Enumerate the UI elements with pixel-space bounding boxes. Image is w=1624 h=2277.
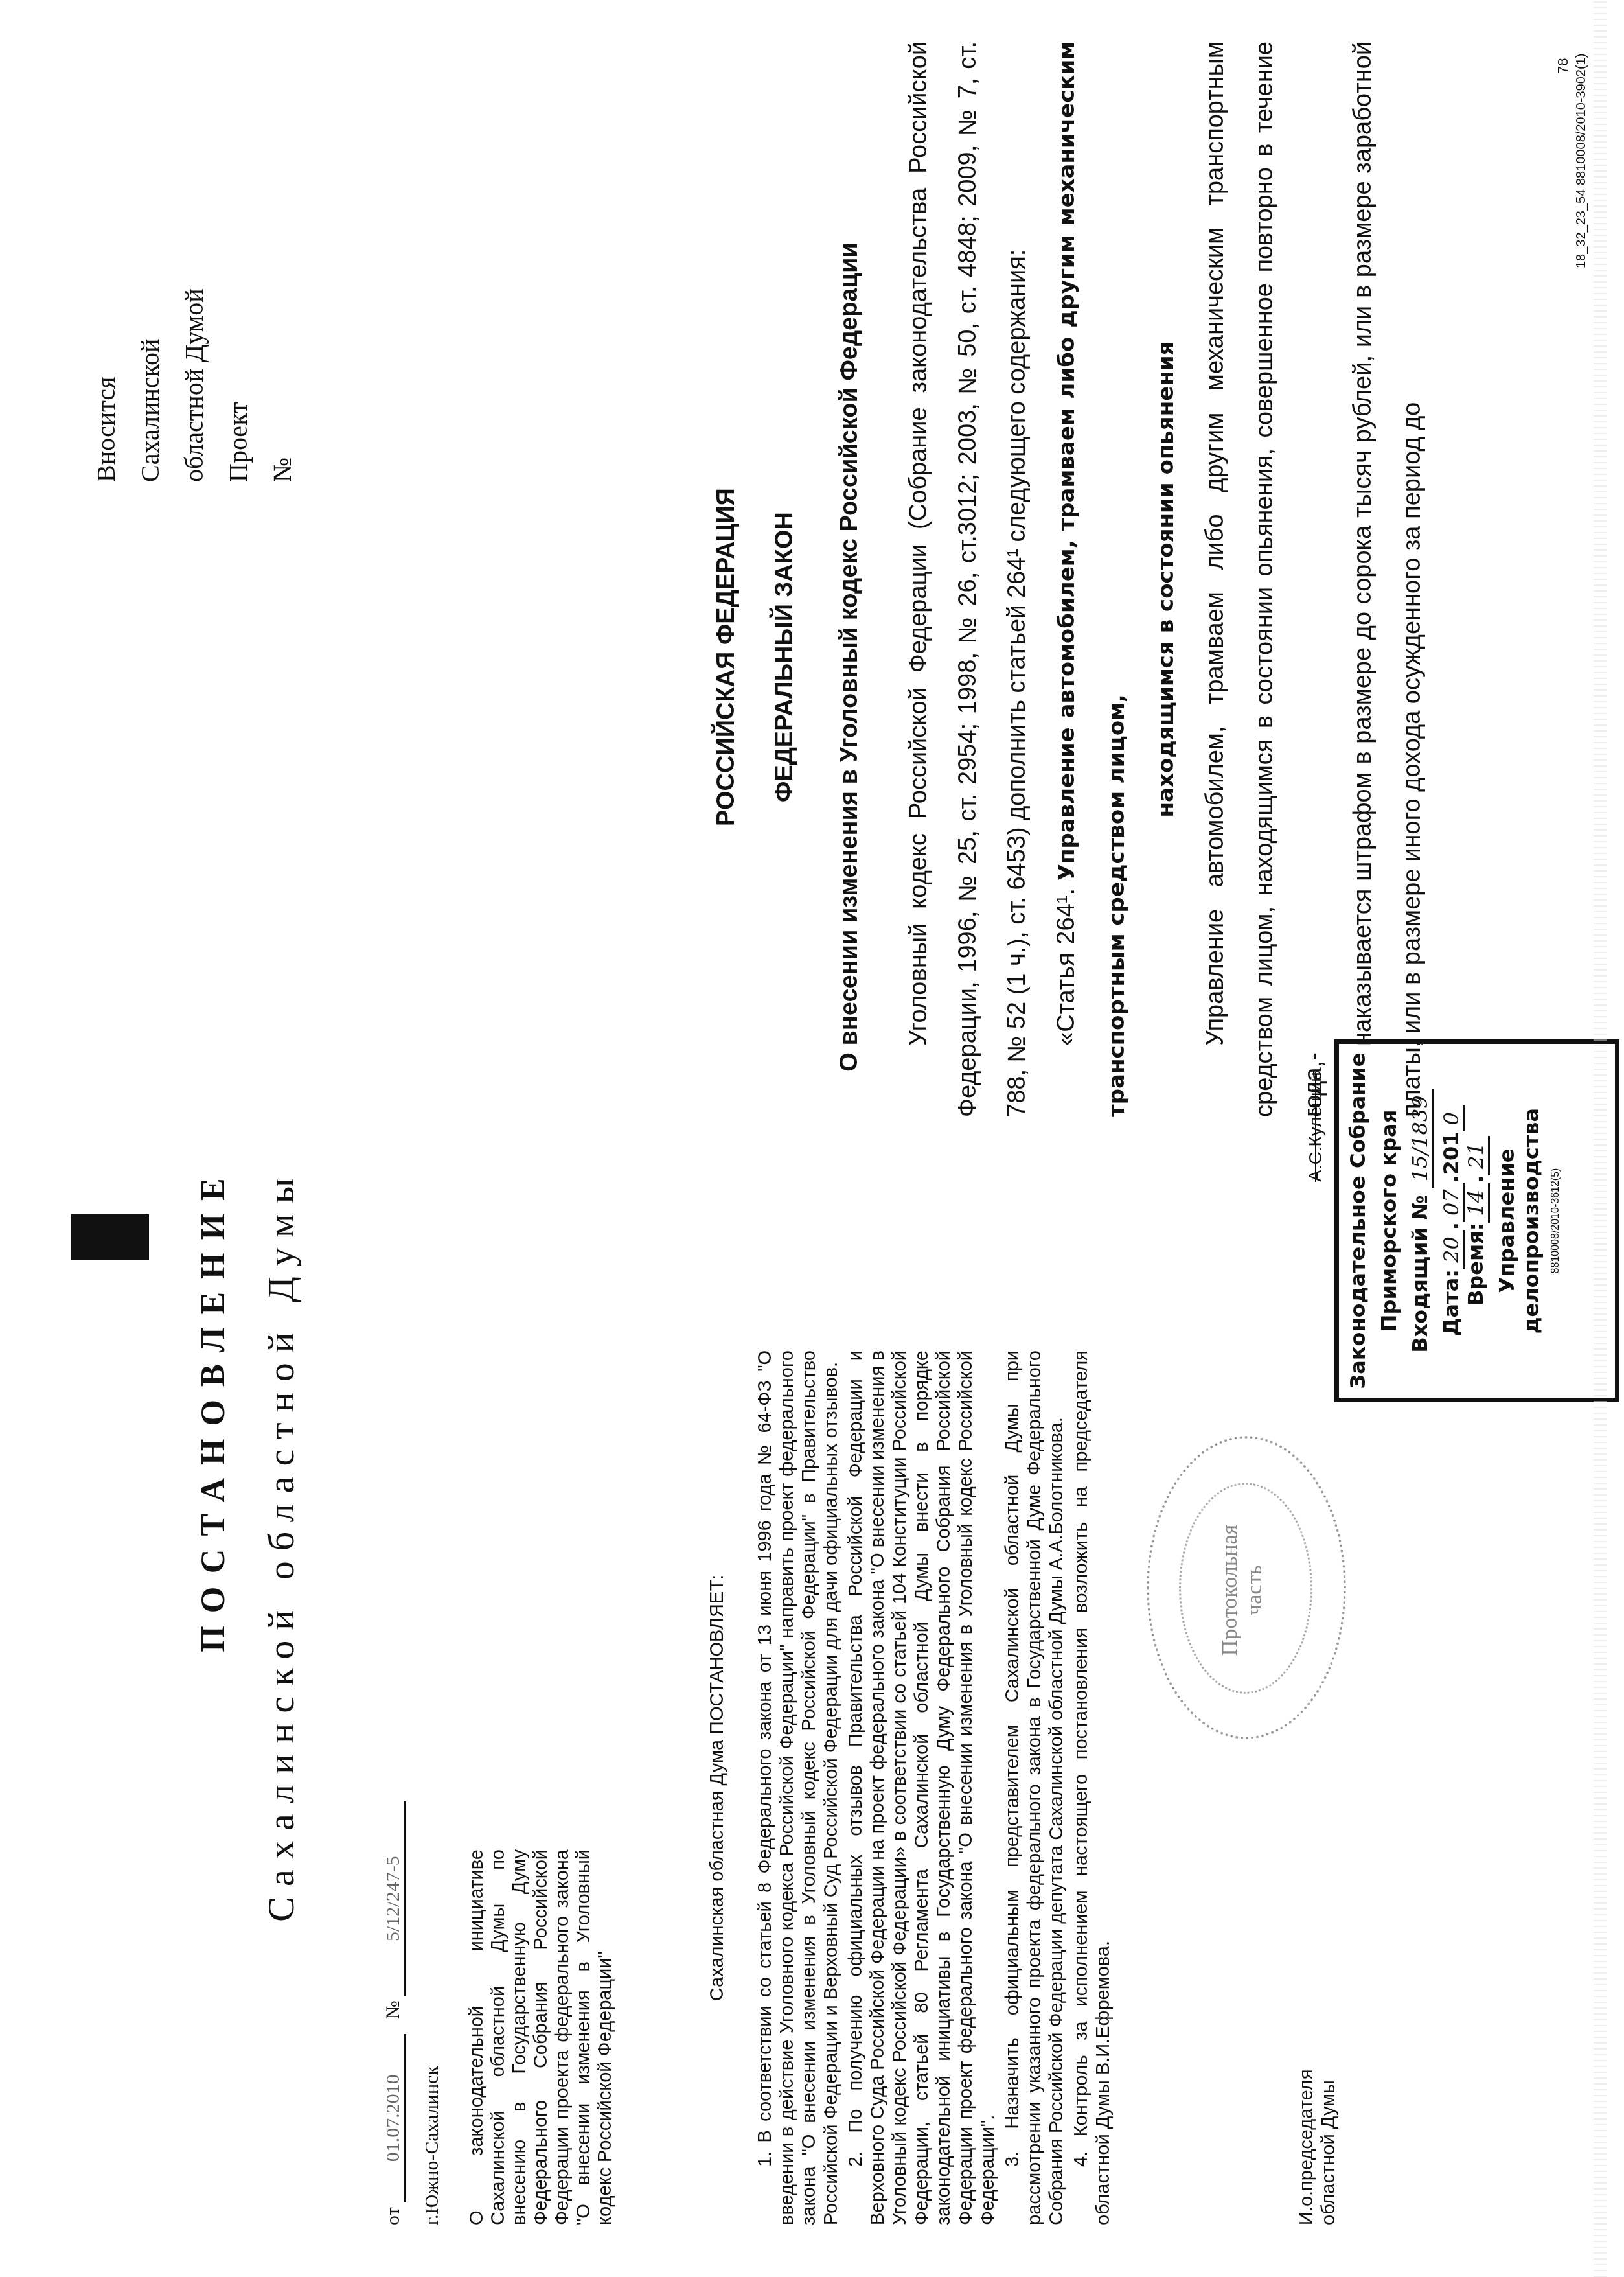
country-title: РОССИЙСКАЯ ФЕДЕРАЦИЯ — [713, 203, 740, 1111]
article-paragraph-1: Управление автомобилем, трамваем либо др… — [1191, 41, 1338, 1117]
resolution-number: 5/12/247-5 — [382, 1801, 406, 1996]
scan-edge-noise — [1594, 0, 1607, 2277]
stamp-code: 8810008/2010-3612(5) — [1550, 1044, 1562, 1398]
article-heading: «Статья 264¹. Управление автомобилем, тр… — [1042, 41, 1141, 1117]
resolution-body: Сахалинская областная Дума ПОСТАНОВЛЯЕТ:… — [706, 1350, 1117, 2225]
resolution-lead: Сахалинская областная Дума ПОСТАНОВЛЯЕТ: — [706, 1350, 728, 2225]
article-number: «Статья 264¹. — [1053, 888, 1080, 1046]
scan-code: 18_32_23_54 8810008/2010-3902(1) — [1574, 54, 1589, 268]
resolution-title: ПОСТАНОВЛЕНИЕ — [194, 1033, 233, 1785]
resolution-city: г.Южно-Сахалинск — [421, 2066, 443, 2225]
law-title: О внесении изменения в Уголовный кодекс … — [836, 203, 863, 1111]
resolution-item-2: 2. По получению официальных отзывов Прав… — [845, 1350, 999, 2225]
page-number: 78 — [1555, 58, 1572, 74]
draft-label: Проект — [216, 288, 260, 482]
coat-of-arms-icon — [71, 1214, 149, 1260]
resolution-issuer: Сахалинской областной Думы — [259, 1124, 303, 1966]
submitted-by-block: Вносится Сахалинской областной Думой Про… — [84, 288, 304, 482]
seal-text: Протокольная часть — [1218, 1512, 1267, 1668]
law-type-title: ФЕДЕРАЛЬНЫЙ ЗАКОН — [771, 203, 799, 1111]
draft-law-body: Уголовный кодекс Российской Федерации (С… — [894, 41, 1437, 1117]
resolution-item-4: 4. Контроль за исполнением настоящего по… — [1070, 1350, 1114, 2225]
resolution-item-3: 3. Назначить официальным представителем … — [1001, 1350, 1068, 2225]
stamp-date-time: Дата:20.07.2010 Время:14.21 — [1439, 1044, 1488, 1398]
resolution-date: 01.07.2010 — [382, 2034, 406, 2202]
number-prefix: № — [382, 2001, 404, 2020]
article-title-continued: находящимся в состоянии опьянения — [1141, 41, 1191, 1117]
resolution-date-line: от 01.07.2010 № 5/12/247-5 — [382, 1801, 406, 2225]
signer-title: И.о.председателя областной Думы — [1296, 2070, 1340, 2225]
draft-number-label: № — [260, 288, 304, 482]
article-paragraph-2: наказывается штрафом в размере до сорока… — [1338, 41, 1437, 1117]
law-intro: Уголовный кодекс Российской Федерации (С… — [894, 41, 1042, 1117]
resolution-subject: О законодательной инициативе Сахалинской… — [466, 1849, 616, 2225]
stamp-department: Управление делопроизводства — [1494, 1044, 1544, 1398]
date-prefix: от — [382, 2207, 404, 2225]
document-page: ПОСТАНОВЛЕНИЕ Сахалинской областной Думы… — [0, 0, 1624, 2277]
resolution-item-1: 1. В соответствии со статьей 8 Федеральн… — [754, 1350, 842, 2225]
